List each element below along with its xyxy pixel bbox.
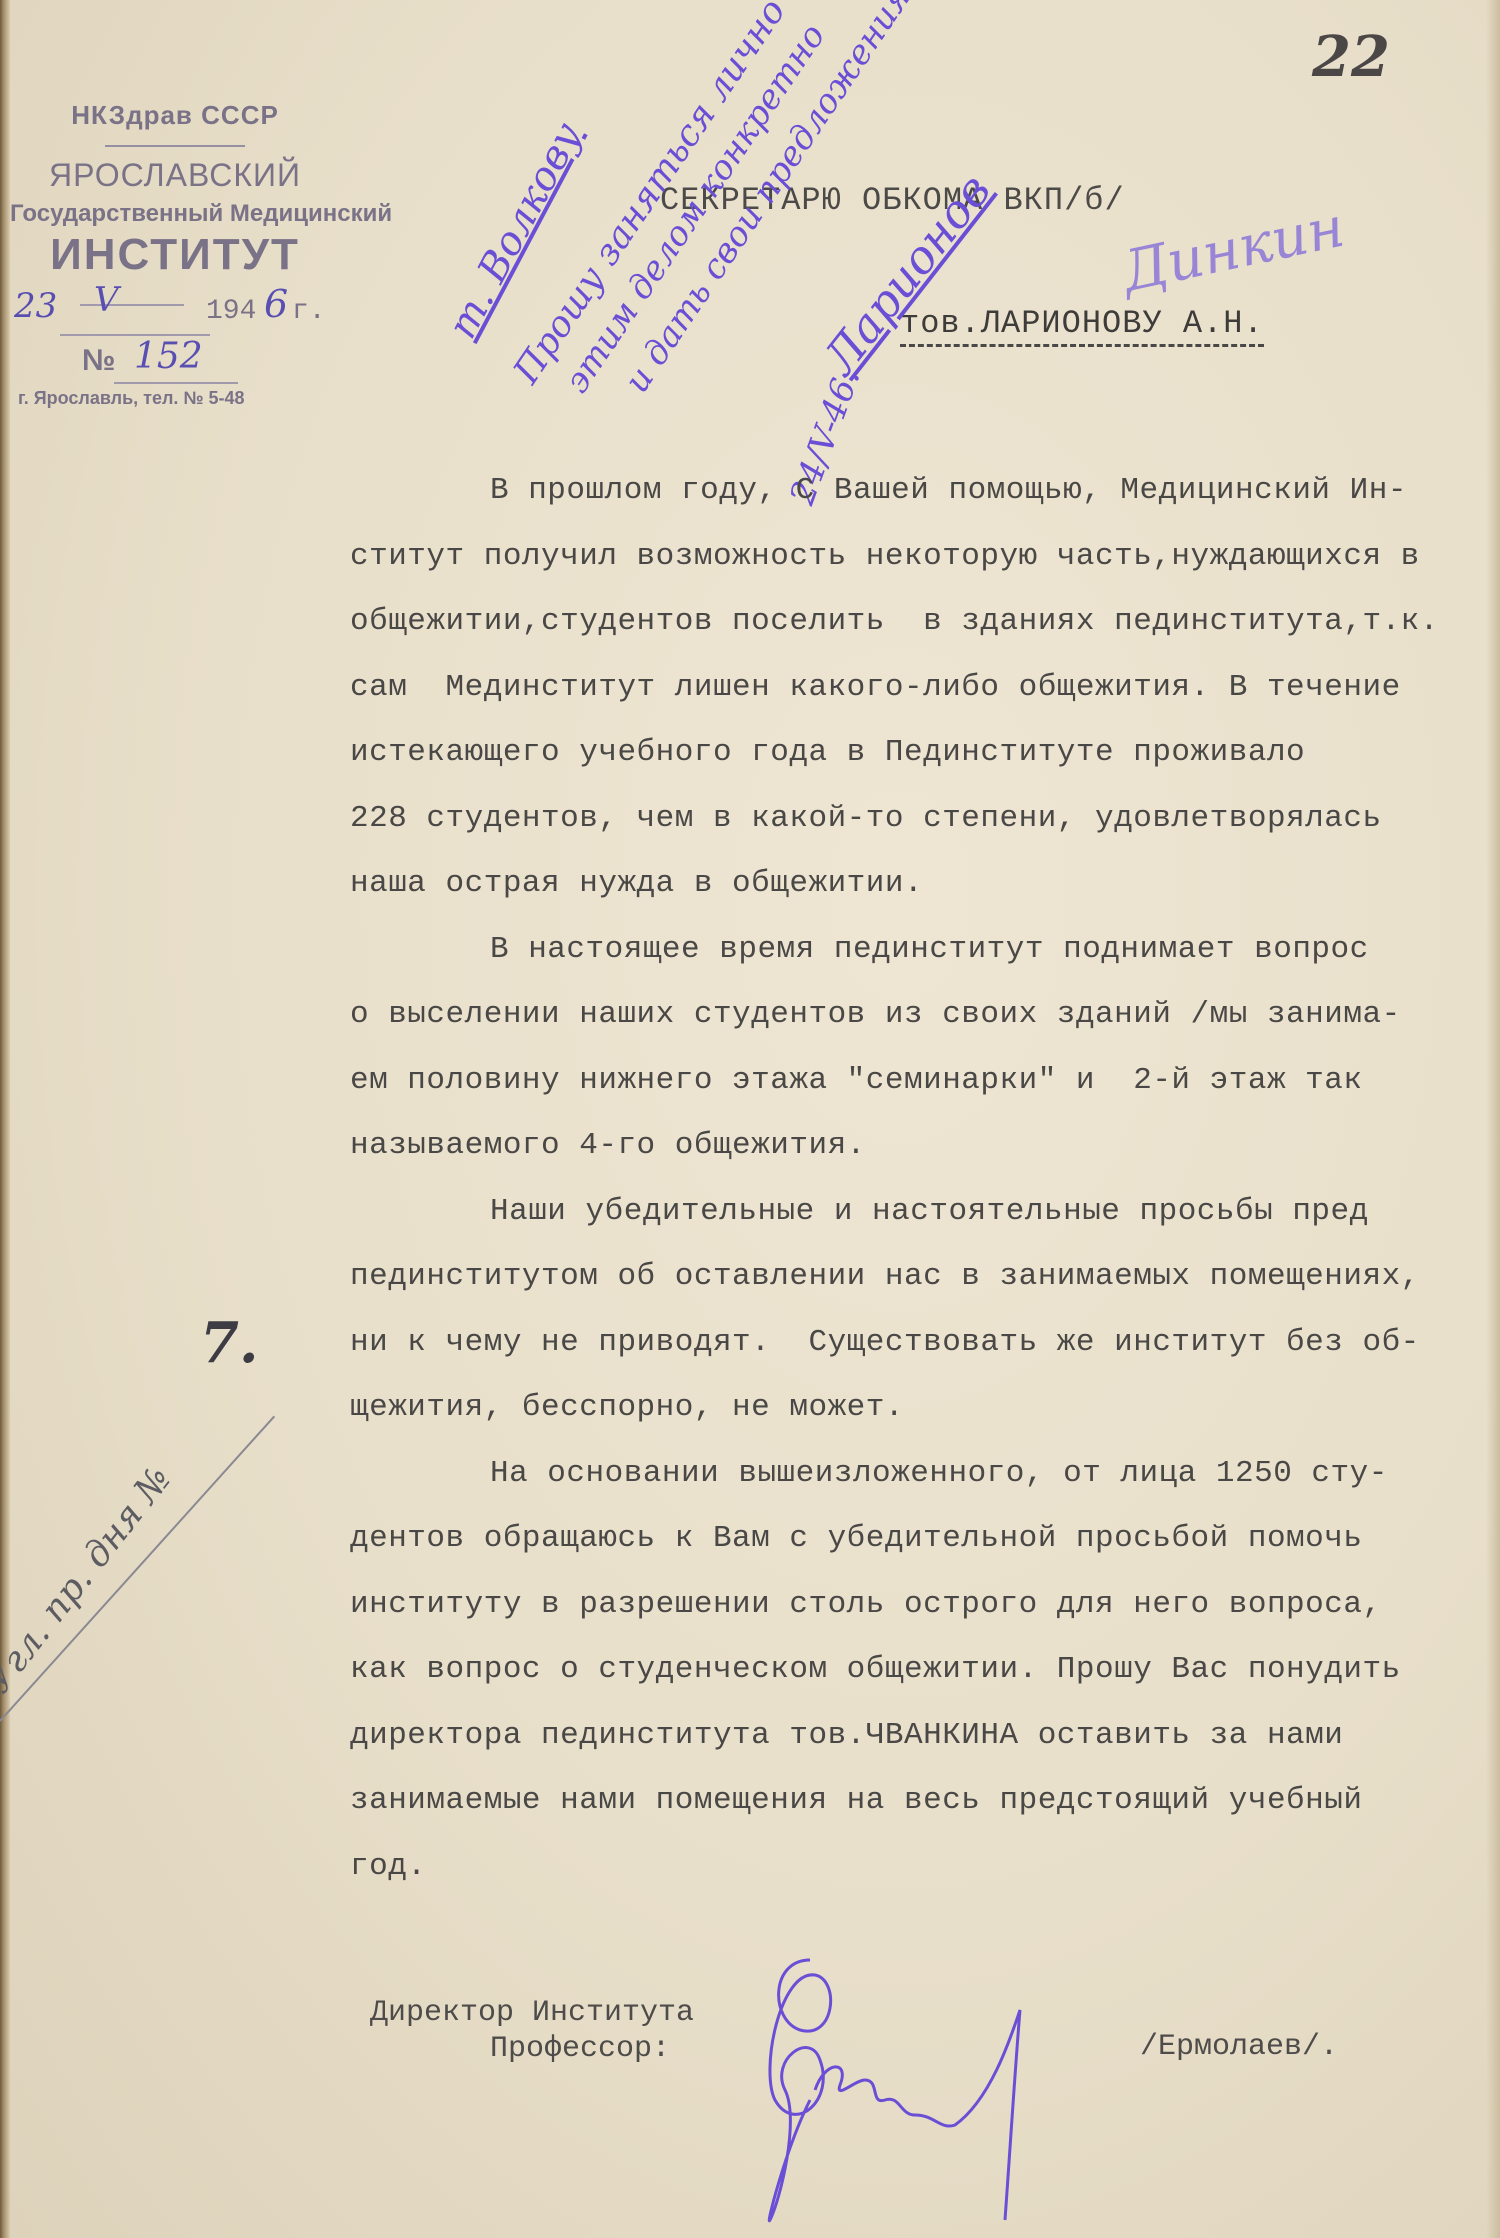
text-line: директора пединститута тов.ЧВАНКИНА оста… bbox=[350, 1703, 1470, 1769]
signatory-title: Профессор: bbox=[490, 2032, 670, 2066]
paragraph-1: В прошлом году, С Вашей помощью, Медицин… bbox=[350, 458, 1470, 917]
text-line: ем половину нижнего этажа "семинарки" и … bbox=[350, 1048, 1470, 1114]
paragraph-2: В настоящее время пединститут поднимает … bbox=[350, 917, 1470, 1179]
text-line: институту в разрешении столь острого для… bbox=[350, 1572, 1470, 1638]
page-binding-edge bbox=[0, 0, 10, 2238]
text-line: В прошлом году, С Вашей помощью, Медицин… bbox=[350, 458, 1470, 524]
text-line: занимаемые нами помещения на весь предст… bbox=[350, 1768, 1470, 1834]
stamp-date-month: V bbox=[94, 280, 119, 320]
paragraph-3: Наши убедительные и настоятельные просьб… bbox=[350, 1179, 1470, 1441]
stamp-date-suffix: г. bbox=[292, 296, 326, 327]
letter-body: В прошлом году, С Вашей помощью, Медицин… bbox=[350, 458, 1470, 1899]
stamp-number: № 152 bbox=[10, 338, 340, 388]
text-line: В настоящее время пединститут поднимает … bbox=[350, 917, 1470, 983]
text-line: наша острая нужда в общежитии. bbox=[350, 851, 1470, 917]
text-line: называемого 4-го общежития. bbox=[350, 1113, 1470, 1179]
stamp-institution-type: Государственный Медицинский bbox=[10, 200, 340, 228]
stamp-ministry: НКЗдрав СССР bbox=[10, 100, 340, 131]
text-line: 228 студентов, чем в какой-то степени, у… bbox=[350, 786, 1470, 852]
text-line: На основании вышеизложенного, от лица 12… bbox=[350, 1441, 1470, 1507]
pencil-underline bbox=[0, 1416, 275, 1722]
paragraph-4: На основании вышеизложенного, от лица 12… bbox=[350, 1441, 1470, 1900]
page-right-edge bbox=[1486, 0, 1500, 2238]
addressee-name: тов.ЛАРИОНОВУ А.Н. bbox=[900, 305, 1264, 347]
stamp-institute: ИНСТИТУТ bbox=[10, 230, 340, 280]
stamp-number-sign: № bbox=[82, 344, 115, 378]
signatory-name: /Ермолаев/. bbox=[1140, 2030, 1338, 2064]
stamp-date: 23 V 194 6 г. bbox=[10, 284, 340, 338]
stamp-date-year: 194 bbox=[206, 296, 256, 327]
text-line: истекающего учебного года в Пединституте… bbox=[350, 720, 1470, 786]
text-line: дентов обращаюсь к Вам с убедительной пр… bbox=[350, 1506, 1470, 1572]
text-line: Наши убедительные и настоятельные просьб… bbox=[350, 1179, 1470, 1245]
text-line: пединститутом об оставлении нас в занима… bbox=[350, 1244, 1470, 1310]
second-signature: Динкин bbox=[1116, 195, 1349, 305]
text-line: щежития, бесспорно, не может. bbox=[350, 1375, 1470, 1441]
stamp-date-year-handwritten: 6 bbox=[264, 282, 288, 326]
institution-stamp: НКЗдрав СССР ЯРОСЛАВСКИЙ Государственный… bbox=[10, 100, 340, 409]
text-line: сам Мединститут лишен какого-либо общежи… bbox=[350, 655, 1470, 721]
document-page: 22 НКЗдрав СССР ЯРОСЛАВСКИЙ Государствен… bbox=[0, 0, 1500, 2238]
stamp-date-day: 23 bbox=[14, 286, 57, 326]
stamp-number-line bbox=[114, 382, 238, 384]
text-line: как вопрос о студенческом общежитии. Про… bbox=[350, 1637, 1470, 1703]
text-line: ни к чему не приводят. Существовать же и… bbox=[350, 1310, 1470, 1376]
text-line: ститут получил возможность некоторую час… bbox=[350, 524, 1470, 590]
stamp-divider bbox=[105, 145, 245, 147]
stamp-address: г. Ярославль, тел. № 5-48 bbox=[10, 388, 340, 409]
text-line: общежитии,студентов поселить в зданиях п… bbox=[350, 589, 1470, 655]
signatory-role: Директор Института bbox=[370, 1996, 694, 2030]
stamp-number-value: 152 bbox=[134, 336, 203, 377]
page-number: 22 bbox=[1312, 24, 1390, 90]
text-line: год. bbox=[350, 1834, 1470, 1900]
stamp-city: ЯРОСЛАВСКИЙ bbox=[10, 157, 340, 194]
director-signature-icon bbox=[740, 1950, 1080, 2238]
text-line: о выселении наших студентов из своих зда… bbox=[350, 982, 1470, 1048]
pencil-margin-number: 7. bbox=[200, 1310, 258, 1376]
pencil-margin-note: Угл. пр. дня № bbox=[0, 1459, 179, 1701]
